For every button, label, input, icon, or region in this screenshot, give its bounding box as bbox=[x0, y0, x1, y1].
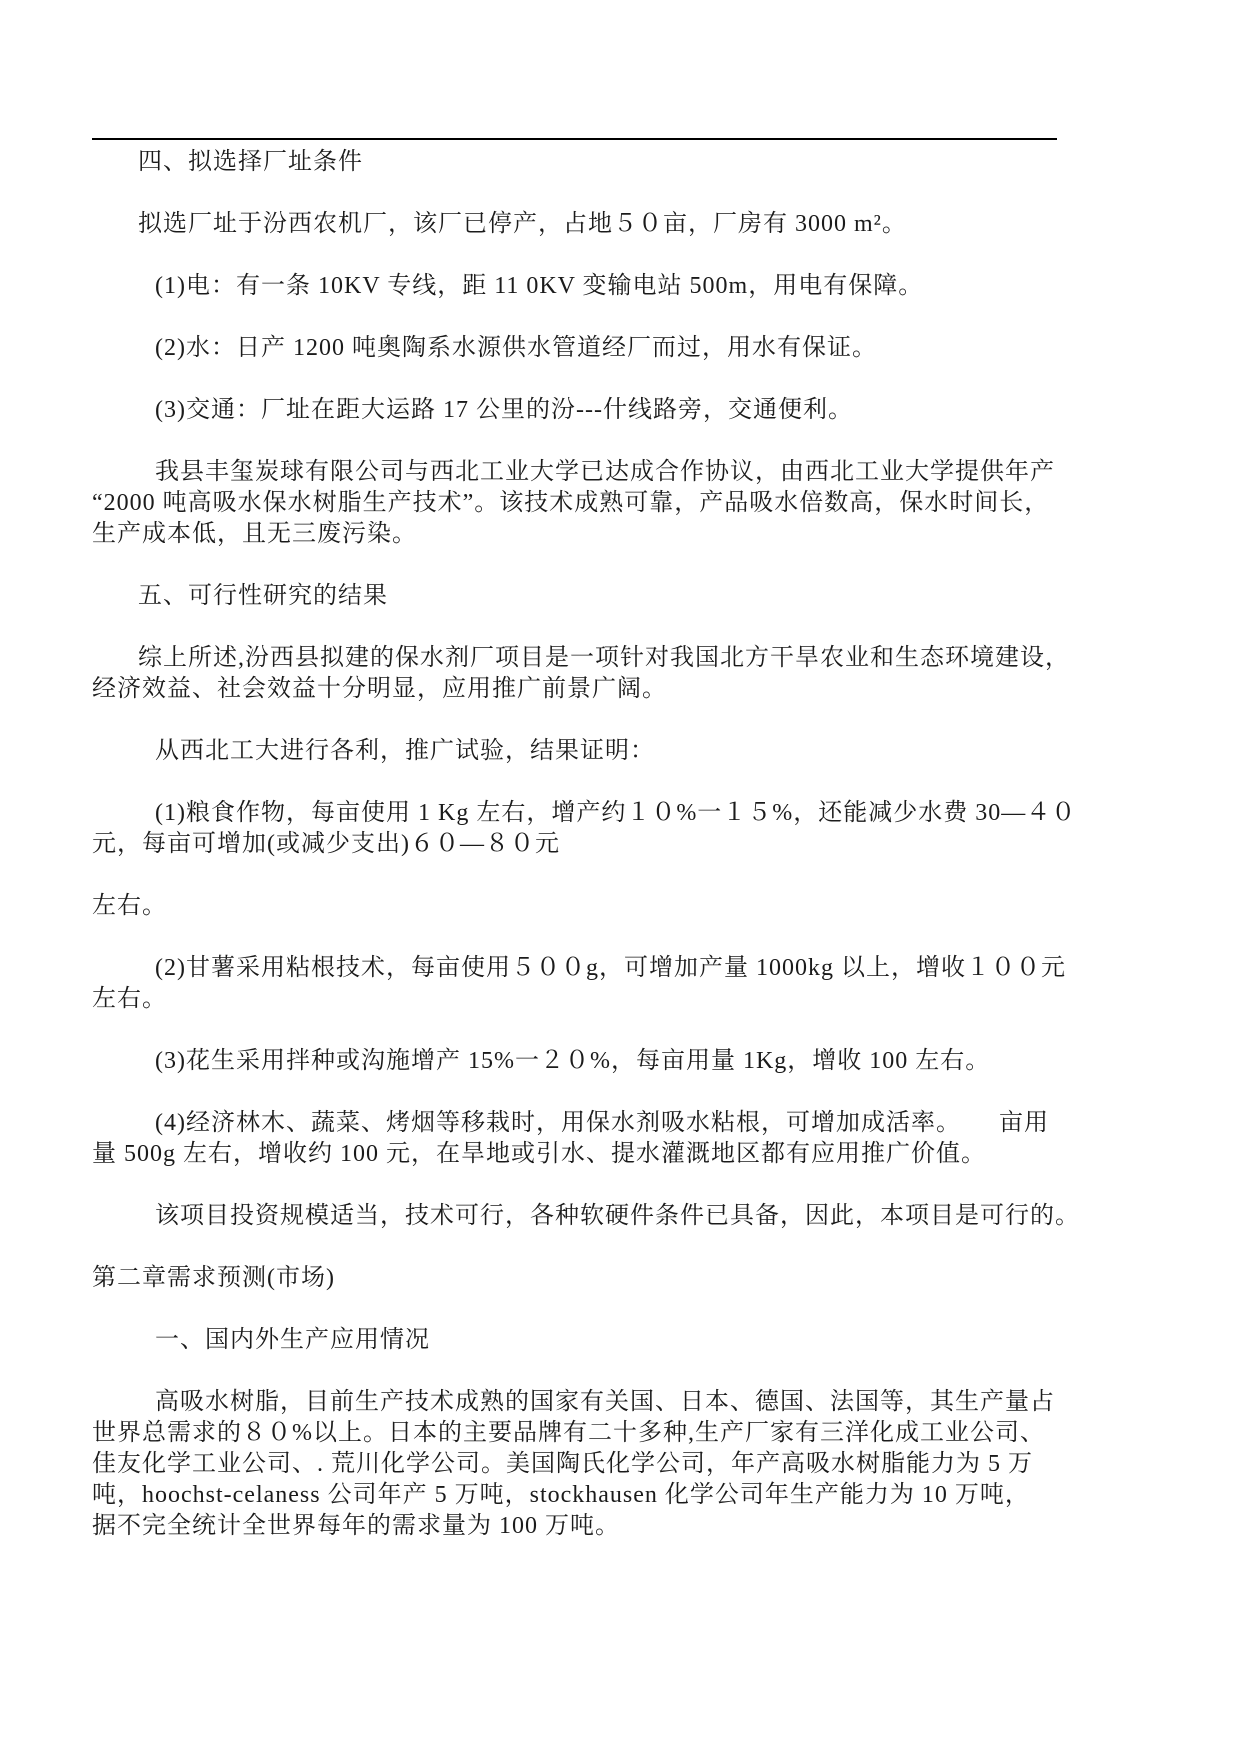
para-site-selection: 拟选厂址于汾西农机厂，该厂已停产，占地５０亩，厂房有 3000 m²。 bbox=[92, 209, 1162, 240]
item-sweet-potato: (2)甘薯采用粘根技术，每亩使用５００g，可增加产量 1000kg 以上，增收１… bbox=[92, 953, 1162, 1015]
text-line: (1)粮食作物，每亩使用 1 Kg 左右，增产约１０%一１５%，还能减少水费 3… bbox=[92, 798, 1162, 829]
text-line: (4)经济林木、蔬菜、烤烟等移栽时，用保水剂吸水粘根，可增加成活率。 亩用 bbox=[92, 1108, 1162, 1139]
text-line: 一、国内外生产应用情况 bbox=[92, 1325, 1162, 1356]
text-line: 生产成本低，且无三废污染。 bbox=[92, 519, 1162, 550]
text-line: 左右。 bbox=[92, 984, 1162, 1015]
text-line: 高吸水树脂，目前生产技术成熟的国家有关国、日本、德国、法国等，其生产量占 bbox=[92, 1387, 1162, 1418]
item-electricity: (1)电：有一条 10KV 专线，距 11 0KV 变输电站 500m，用电有保… bbox=[92, 271, 1162, 302]
header-rule bbox=[92, 138, 1057, 140]
text-line: 综上所述,汾西县拟建的保水剂厂项目是一项针对我国北方干旱农业和生态环境建设， bbox=[92, 643, 1162, 674]
heading-section-5: 五、可行性研究的结果 bbox=[92, 581, 1162, 612]
text-line: 经济效益、社会效益十分明显，应用推广前景广阔。 bbox=[92, 674, 1162, 705]
heading-section-4: 四、拟选择厂址条件 bbox=[92, 147, 1162, 178]
text-line: 佳友化学工业公司、. 荒川化学公司。美国陶氏化学公司，年产高吸水树脂能力为 5 … bbox=[92, 1449, 1162, 1480]
text-line: 吨，hoochst-celaness 公司年产 5 万吨，stockhausen… bbox=[92, 1480, 1162, 1511]
para-world-production: 高吸水树脂，目前生产技术成熟的国家有关国、日本、德国、法国等，其生产量占世界总需… bbox=[92, 1387, 1162, 1542]
document-page: 四、拟选择厂址条件拟选厂址于汾西农机厂，该厂已停产，占地５０亩，厂房有 3000… bbox=[0, 0, 1241, 1754]
para-cooperation-agreement: 我县丰玺炭球有限公司与西北工业大学已达成合作协议，由西北工业大学提供年产“200… bbox=[92, 457, 1162, 550]
text-line: (2)水：日产 1200 吨奥陶系水源供水管道经厂而过，用水有保证。 bbox=[92, 333, 1162, 364]
text-line: 拟选厂址于汾西农机厂，该厂已停产，占地５０亩，厂房有 3000 m²。 bbox=[92, 209, 1162, 240]
para-zuoyou: 左右。 bbox=[92, 891, 1162, 922]
para-conclusion-summary: 综上所述,汾西县拟建的保水剂厂项目是一项针对我国北方干旱农业和生态环境建设，经济… bbox=[92, 643, 1162, 705]
heading-production-status: 一、国内外生产应用情况 bbox=[92, 1325, 1162, 1356]
text-line: 左右。 bbox=[92, 891, 1162, 922]
item-economic-trees: (4)经济林木、蔬菜、烤烟等移栽时，用保水剂吸水粘根，可增加成活率。 亩用量 5… bbox=[92, 1108, 1162, 1170]
text-line: 该项目投资规模适当，技术可行，各种软硬件条件已具备，因此，本项目是可行的。 bbox=[92, 1201, 1162, 1232]
para-test-results-intro: 从西北工大进行各利，推广试验，结果证明： bbox=[92, 736, 1162, 767]
item-transport: (3)交通：厂址在距大运路 17 公里的汾---什线路旁，交通便利。 bbox=[92, 395, 1162, 426]
text-line: “2000 吨高吸水保水树脂生产技术”。该技术成熟可靠，产品吸水倍数高，保水时间… bbox=[92, 488, 1162, 519]
text-line: 元，每亩可增加(或减少支出)６０—８０元 bbox=[92, 829, 1162, 860]
text-line: 从西北工大进行各利，推广试验，结果证明： bbox=[92, 736, 1162, 767]
text-line: (2)甘薯采用粘根技术，每亩使用５００g，可增加产量 1000kg 以上，增收１… bbox=[92, 953, 1162, 984]
item-grain-crops: (1)粮食作物，每亩使用 1 Kg 左右，增产约１０%一１５%，还能减少水费 3… bbox=[92, 798, 1162, 860]
text-line: 我县丰玺炭球有限公司与西北工业大学已达成合作协议，由西北工业大学提供年产 bbox=[92, 457, 1162, 488]
text-line: 据不完全统计全世界每年的需求量为 100 万吨。 bbox=[92, 1511, 1162, 1542]
text-line: 世界总需求的８０%以上。日本的主要品牌有二十多种,生产厂家有三洋化成工业公司、 bbox=[92, 1418, 1162, 1449]
item-water: (2)水：日产 1200 吨奥陶系水源供水管道经厂而过，用水有保证。 bbox=[92, 333, 1162, 364]
item-peanut: (3)花生采用拌种或沟施增产 15%一２０%，每亩用量 1Kg，增收 100 左… bbox=[92, 1046, 1162, 1077]
document-body: 四、拟选择厂址条件拟选厂址于汾西农机厂，该厂已停产，占地５０亩，厂房有 3000… bbox=[92, 147, 1162, 1573]
text-line: 四、拟选择厂址条件 bbox=[92, 147, 1162, 178]
para-project-feasible: 该项目投资规模适当，技术可行，各种软硬件条件已具备，因此，本项目是可行的。 bbox=[92, 1201, 1162, 1232]
text-line: 五、可行性研究的结果 bbox=[92, 581, 1162, 612]
text-line: (3)花生采用拌种或沟施增产 15%一２０%，每亩用量 1Kg，增收 100 左… bbox=[92, 1046, 1162, 1077]
text-line: (1)电：有一条 10KV 专线，距 11 0KV 变输电站 500m，用电有保… bbox=[92, 271, 1162, 302]
heading-chapter-2: 第二章需求预测(市场) bbox=[92, 1263, 1162, 1294]
text-line: 第二章需求预测(市场) bbox=[92, 1263, 1162, 1294]
text-line: 量 500g 左右，增收约 100 元，在旱地或引水、提水灌溉地区都有应用推广价… bbox=[92, 1139, 1162, 1170]
text-line: (3)交通：厂址在距大运路 17 公里的汾---什线路旁，交通便利。 bbox=[92, 395, 1162, 426]
